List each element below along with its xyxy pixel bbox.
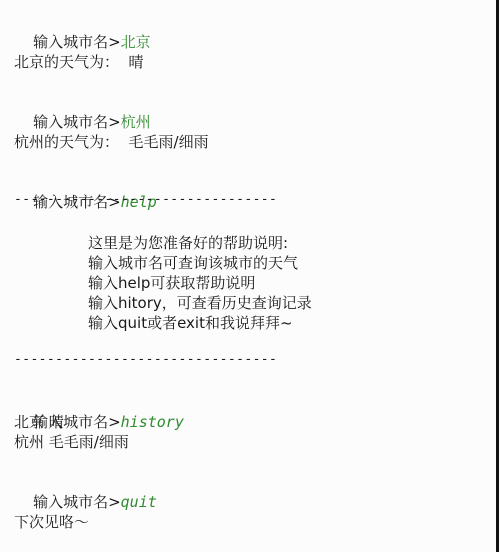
user-input-hangzhou: 杭州	[121, 113, 151, 131]
goodbye-output: 下次见咯～	[14, 512, 89, 532]
help-line-3: 输入help可获取帮助说明	[88, 273, 255, 293]
user-input-history: history	[121, 413, 184, 431]
help-line-2: 输入城市名可查询该城市的天气	[88, 253, 298, 273]
prompt-label: 输入城市名>	[33, 493, 121, 511]
user-input-quit: quit	[121, 493, 157, 511]
history-entry-2: 杭州 毛毛雨/细雨	[14, 432, 129, 452]
weather-output-beijing: 北京的天气为： 晴	[14, 52, 144, 72]
terminal-window: 输入城市名>北京 北京的天气为： 晴 输入城市名>杭州 杭州的天气为： 毛毛雨/…	[0, 0, 499, 552]
separator-top: --------------------------------	[14, 190, 277, 210]
prompt-label: 输入城市名>	[33, 113, 121, 131]
separator-bottom: --------------------------------	[14, 350, 277, 370]
help-line-1: 这里是为您准备好的帮助说明:	[88, 233, 288, 253]
help-line-5: 输入quit或者exit和我说拜拜~	[88, 313, 293, 333]
help-line-4: 输入hitory，可查看历史查询记录	[88, 293, 312, 313]
history-entry-1: 北京 晴	[14, 412, 64, 432]
weather-output-hangzhou: 杭州的天气为： 毛毛雨/细雨	[14, 132, 209, 152]
user-input-beijing: 北京	[121, 33, 151, 51]
prompt-label: 输入城市名>	[33, 33, 121, 51]
